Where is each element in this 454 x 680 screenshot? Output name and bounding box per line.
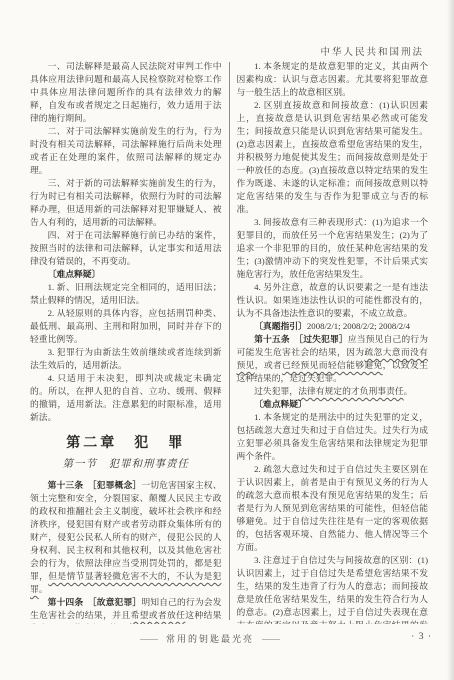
paragraph: 1. 新、旧刑法规定完全相同的，适用旧法；禁止假释的情况，适用旧法。 [30, 281, 222, 307]
text-run: 2008/2/1; 2008/2/2; 2008/2/4 [307, 321, 410, 331]
footer-dash-right: —— [262, 634, 280, 644]
marker-heading: 〔难点释疑〕 [30, 268, 222, 281]
text-columns: 一、司法解释是最高人民法院对审判工作中具体应用法律问题和最高人民检察院对检察工作… [30, 60, 428, 624]
bold-text: 〔真题指引〕 [254, 321, 307, 331]
paragraph: 1. 本条规定的是刑法中的过失犯罪的定义，包括疏忽大意过失和过于自信过失。过失行… [237, 411, 429, 463]
footer-dash-left: —— [140, 634, 158, 644]
marker-heading: 〔难点释疑〕 [237, 398, 429, 411]
bold-text: 〔难点释疑〕 [254, 399, 307, 409]
paragraph: 2. 疏忽大意过失和过于自信过失主要区别在于认识因素上，前者是由于有预见义务的行… [237, 463, 429, 554]
page-header-title: 中华人民共和国刑法 [320, 44, 424, 58]
paragraph: 2. 区别直接故意和间接故意：(1)认识因素上，直接故意是认识到危害结果必然或可… [237, 99, 429, 216]
column-right: 1. 本条规定的是故意犯罪的定义，其由两个因素构成：认识与意志因素。尤其要将犯罪… [237, 60, 429, 624]
wavy-underlined-text: 希望或者放任 [130, 610, 185, 620]
bold-text: 〔难点释疑〕 [48, 269, 101, 279]
text-run: 2. 从轻原则的具体内容，应包括刑罚种类、最低刑、最高刑、主刑和附加刑，同时并存… [30, 308, 222, 344]
paragraph: 4. 另外注意，故意的认识要素之一是有违法性认识。如果连违法性认识的可能性都没有… [237, 281, 429, 320]
text-run: 第一节 犯罪和刑事责任 [63, 459, 190, 470]
text-run: 3. 注意过于自信过失与间接故意的区别：(1)认识因素上，过于自信过失是希望危害… [237, 555, 429, 624]
paragraph: 三、对于新的司法解释实施前发生的行为，行为时已有相关司法解释，依照行为时的司法解… [30, 177, 222, 229]
wavy-underlined-text: 已经预见而轻信能够避免 [282, 360, 382, 370]
text-run: 1. 新、旧刑法规定完全相同的，适用旧法；禁止假释的情况，适用旧法。 [30, 282, 222, 305]
text-run: 第二章 犯 罪 [66, 434, 185, 450]
paragraph: 4. 只适用于未决犯，即判决或裁定未确定的。所以，在押人犯的自首、立功、缓刑、假… [30, 372, 222, 424]
text-run: 一切危害国家主权、领土完整和安全，分裂国家、颠覆人民民主专政的政权和推翻社会主义… [30, 480, 222, 581]
paragraph: 二、对于司法解释实施前发生的行为，行为时没有相关司法解释，司法解释施行后尚未处理… [30, 125, 222, 177]
section-heading: 第一节 犯罪和刑事责任 [30, 457, 222, 472]
column-left: 一、司法解释是最高人民法院对审判工作中具体应用法律问题和最高人民检察院对检察工作… [30, 60, 222, 624]
bold-text: 第十五条 ［过失犯罪］ [254, 334, 348, 344]
paragraph: 1. 本条规定的是故意犯罪的定义，其由两个因素构成：认识与意志因素。尤其要将犯罪… [237, 60, 429, 99]
wavy-underlined-text: 法律有规定的才负刑事责任 [298, 386, 404, 396]
text-run: 过失犯罪， [254, 386, 298, 396]
page-number: · 3 · [411, 632, 432, 642]
text-run: 四、对于在司法解释施行前已办结的案件，按照当时的法律和司法解释，认定事实和适用法… [30, 230, 222, 266]
paragraph: 3. 间接故意有三种表现形式：(1)为追求一个犯罪目的，而放任另一个危害结果发生… [237, 216, 429, 281]
text-run: 1. 本条规定的是刑法中的过失犯罪的定义，包括疏忽大意过失和过于自信过失。过失行… [237, 412, 429, 461]
chapter-heading: 第二章 犯 罪 [30, 433, 222, 451]
paragraph: 四、对于在司法解释施行前已办结的案件，按照当时的法律和司法解释，认定事实和适用法… [30, 229, 222, 268]
paragraph: 第十三条 ［犯罪概念］一切危害国家主权、领土完整和安全，分裂国家、颠覆人民民主专… [30, 479, 222, 596]
bold-text: 第十四条 ［故意犯罪］ [48, 597, 142, 607]
wavy-underlined-text: 但是情节显著轻微危害不大的，不认为是犯罪 [30, 571, 221, 594]
paragraph: 2. 从轻原则的具体内容，应包括刑罚种类、最低刑、最高刑、主刑和附加刑，同时并存… [30, 307, 222, 346]
paragraph: 3. 犯罪行为由新法生效前继续或者连续到新法生效后的，适用新法。 [30, 346, 222, 372]
text-run: 4. 只适用于未决犯，即判决或裁定未确定的。所以，在押人犯的自首、立功、缓刑、假… [30, 373, 222, 422]
text-run: 2. 区别直接故意和间接故意：(1)认识因素上，直接故意是认识到危害结果必然或可… [237, 100, 429, 214]
paragraph: 第十四条 ［故意犯罪］明知自己的行为会发生危害社会的结果，并且希望或者放任这种结… [30, 596, 222, 624]
text-run: 一、司法解释是最高人民法院对审判工作中具体应用法律问题和最高人民检察院对检察工作… [30, 61, 222, 123]
text-run: 4. 另外注意，故意的认识要素之一是有违法性认识。如果连违法性认识的可能性都没有… [237, 282, 429, 318]
paragraph: 一、司法解释是最高人民法院对审判工作中具体应用法律问题和最高人民检察院对检察工作… [30, 60, 222, 125]
book-page: 中华人民共和国刑法 一、司法解释是最高人民法院对审判工作中具体应用法律问题和最高… [0, 0, 454, 680]
paragraph: 3. 注意过于自信过失与间接故意的区别：(1)认识因素上，过于自信过失是希望危害… [237, 554, 429, 624]
paragraph: 过失犯罪，法律有规定的才负刑事责任。 [237, 385, 429, 398]
text-run: ，或者 [255, 360, 282, 370]
page-footer: ——常用的钥匙最光亮—— · 3 · [0, 632, 454, 648]
text-run: 2. 疏忽大意过失和过于自信过失主要区别在于认识因素上，前者是由于有预见义务的行… [237, 464, 429, 552]
paragraph: 第十五条 ［过失犯罪］应当预见自己的行为可能发生危害社会的结果，因为疏忽大意而没… [237, 333, 429, 385]
paragraph: 〔真题指引〕2008/2/1; 2008/2/2; 2008/2/4 [237, 320, 429, 333]
text-run: 三、对于新的司法解释实施前发生的行为，行为时已有相关司法解释，依照行为时的司法解… [30, 178, 222, 227]
bold-text: 第十三条 ［犯罪概念］ [48, 480, 142, 490]
text-run: 二、对于司法解释实施前发生的行为，行为时没有相关司法解释，司法解释施行后尚未处理… [30, 126, 222, 175]
text-run: 1. 本条规定的是故意犯罪的定义，其由两个因素构成：认识与意志因素。尤其要将犯罪… [237, 61, 429, 97]
text-run: 。 [39, 584, 48, 594]
footer-motto: ——常用的钥匙最光亮—— [0, 632, 420, 645]
text-run: 。 [404, 386, 413, 396]
text-run: 3. 间接故意有三种表现形式：(1)为追求一个犯罪目的，而放任另一个危害结果发生… [237, 217, 429, 279]
footer-motto-text: 常用的钥匙最光亮 [166, 634, 254, 644]
text-run: 3. 犯罪行为由新法生效前继续或者连续到新法生效后的，适用新法。 [30, 347, 222, 370]
